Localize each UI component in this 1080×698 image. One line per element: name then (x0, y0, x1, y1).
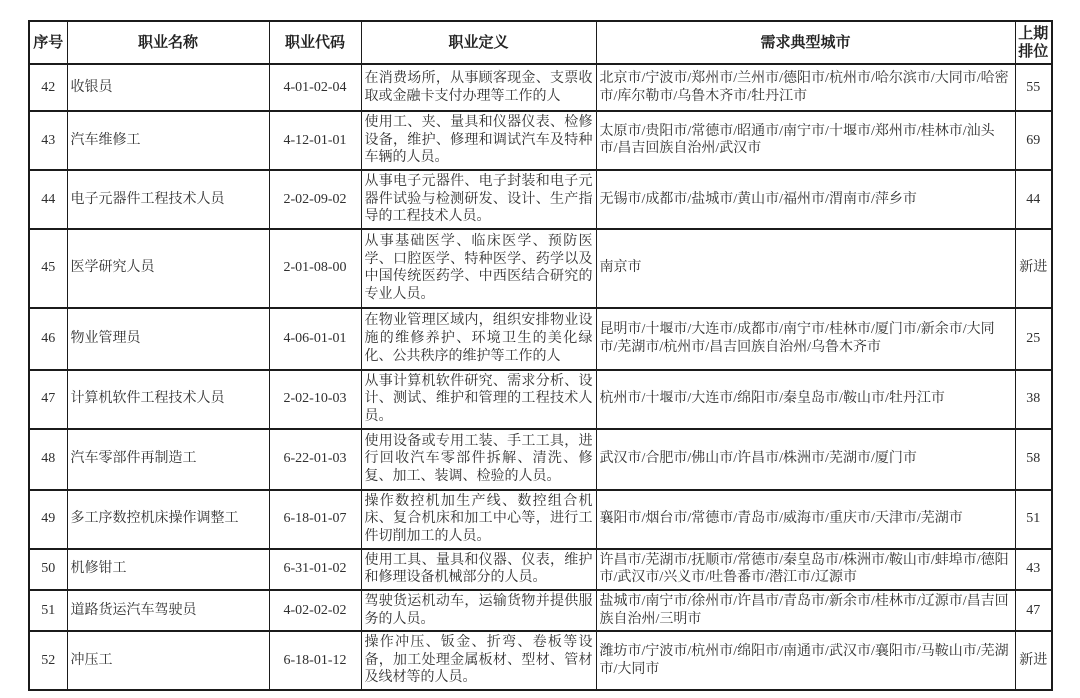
cell-occupation-code: 2-01-08-00 (269, 229, 361, 308)
cell-demand-cities: 昆明市/十堰市/大连市/成都市/南宁市/桂林市/厦门市/新余市/大同市/芜湖市/… (596, 308, 1015, 370)
cell-occupation-code: 6-31-01-02 (269, 549, 361, 590)
table-row: 46 物业管理员 4-06-01-01 在物业管理区域内，组织安排物业设施的维修… (29, 308, 1052, 370)
cell-occupation-code: 4-01-02-04 (269, 64, 361, 111)
cell-previous-rank: 58 (1015, 429, 1052, 490)
cell-demand-cities: 盐城市/南宁市/徐州市/许昌市/青岛市/新余市/桂林市/辽源市/昌吉回族自治州/… (596, 590, 1015, 631)
cell-occupation-name: 汽车零部件再制造工 (67, 429, 269, 490)
cell-previous-rank: 25 (1015, 308, 1052, 370)
table-row: 43 汽车维修工 4-12-01-01 使用工、夹、量具和仪器仪表、检修设备，维… (29, 111, 1052, 170)
cell-demand-cities: 南京市 (596, 229, 1015, 308)
cell-demand-cities: 潍坊市/宁波市/杭州市/绵阳市/南通市/武汉市/襄阳市/马鞍山市/芜湖市/大同市 (596, 631, 1015, 690)
cell-previous-rank: 69 (1015, 111, 1052, 170)
cell-occupation-code: 6-18-01-07 (269, 490, 361, 549)
cell-demand-cities: 太原市/贵阳市/常德市/昭通市/南宁市/十堰市/郑州市/桂林市/汕头市/昌吉回族… (596, 111, 1015, 170)
cell-occupation-definition: 使用设备或专用工装、手工工具，进行回收汽车零部件拆解、清洗、修复、加工、装调、检… (361, 429, 596, 490)
cell-occupation-name: 医学研究人员 (67, 229, 269, 308)
cell-occupation-name: 道路货运汽车驾驶员 (67, 590, 269, 631)
table-row: 45 医学研究人员 2-01-08-00 从事基础医学、临床医学、预防医学、口腔… (29, 229, 1052, 308)
table-row: 52 冲压工 6-18-01-12 操作冲压、钣金、折弯、卷板等设备，加工处理金… (29, 631, 1052, 690)
table-row: 49 多工序数控机床操作调整工 6-18-01-07 操作数控机加生产线、数控组… (29, 490, 1052, 549)
header-row: 序号 职业名称 职业代码 职业定义 需求典型城市 上期排位 (29, 21, 1052, 64)
cell-occupation-definition: 从事计算机软件研究、需求分析、设计、测试、维护和管理的工程技术人员。 (361, 370, 596, 429)
cell-previous-rank: 新进 (1015, 631, 1052, 690)
table-row: 44 电子元器件工程技术人员 2-02-09-02 从事电子元器件、电子封装和电… (29, 170, 1052, 229)
cell-demand-cities: 无锡市/成都市/盐城市/黄山市/福州市/渭南市/萍乡市 (596, 170, 1015, 229)
cell-occupation-definition: 在消费场所，从事顾客现金、支票收取或金融卡支付办理等工作的人 (361, 64, 596, 111)
cell-occupation-code: 4-02-02-02 (269, 590, 361, 631)
cell-demand-cities: 武汉市/合肥市/佛山市/许昌市/株洲市/芜湖市/厦门市 (596, 429, 1015, 490)
cell-occupation-name: 电子元器件工程技术人员 (67, 170, 269, 229)
cell-previous-rank: 38 (1015, 370, 1052, 429)
cell-demand-cities: 许昌市/芜湖市/抚顺市/常德市/秦皇岛市/株洲市/鞍山市/蚌埠市/德阳市/武汉市… (596, 549, 1015, 590)
cell-serial-number: 44 (29, 170, 67, 229)
cell-occupation-code: 6-18-01-12 (269, 631, 361, 690)
table-row: 48 汽车零部件再制造工 6-22-01-03 使用设备或专用工装、手工工具，进… (29, 429, 1052, 490)
cell-occupation-definition: 从事电子元器件、电子封装和电子元器件试验与检测研发、设计、生产指导的工程技术人员… (361, 170, 596, 229)
column-header-occupation-code: 职业代码 (269, 21, 361, 64)
cell-occupation-definition: 操作冲压、钣金、折弯、卷板等设备，加工处理金属板材、型材、管材及线材等的人员。 (361, 631, 596, 690)
table-header: 序号 职业名称 职业代码 职业定义 需求典型城市 上期排位 (29, 21, 1052, 64)
cell-serial-number: 45 (29, 229, 67, 308)
column-header-serial-number: 序号 (29, 21, 67, 64)
cell-previous-rank: 51 (1015, 490, 1052, 549)
table-row: 47 计算机软件工程技术人员 2-02-10-03 从事计算机软件研究、需求分析… (29, 370, 1052, 429)
occupation-ranking-table: 序号 职业名称 职业代码 职业定义 需求典型城市 上期排位 42 收银员 4-0… (28, 20, 1053, 691)
cell-occupation-name: 多工序数控机床操作调整工 (67, 490, 269, 549)
table-row: 42 收银员 4-01-02-04 在消费场所，从事顾客现金、支票收取或金融卡支… (29, 64, 1052, 111)
cell-serial-number: 51 (29, 590, 67, 631)
cell-serial-number: 49 (29, 490, 67, 549)
cell-occupation-code: 2-02-09-02 (269, 170, 361, 229)
table-body: 42 收银员 4-01-02-04 在消费场所，从事顾客现金、支票收取或金融卡支… (29, 64, 1052, 690)
cell-occupation-definition: 使用工、夹、量具和仪器仪表、检修设备，维护、修理和调试汽车及特种车辆的人员。 (361, 111, 596, 170)
cell-occupation-name: 机修钳工 (67, 549, 269, 590)
column-header-occupation-definition: 职业定义 (361, 21, 596, 64)
cell-previous-rank: 44 (1015, 170, 1052, 229)
cell-previous-rank: 43 (1015, 549, 1052, 590)
cell-occupation-name: 计算机软件工程技术人员 (67, 370, 269, 429)
cell-serial-number: 48 (29, 429, 67, 490)
cell-serial-number: 46 (29, 308, 67, 370)
table-row: 50 机修钳工 6-31-01-02 使用工具、量具和仪器、仪表，维护和修理设备… (29, 549, 1052, 590)
cell-occupation-definition: 从事基础医学、临床医学、预防医学、口腔医学、特种医学、药学以及中国传统医药学、中… (361, 229, 596, 308)
cell-demand-cities: 襄阳市/烟台市/常德市/青岛市/威海市/重庆市/天津市/芜湖市 (596, 490, 1015, 549)
cell-serial-number: 50 (29, 549, 67, 590)
column-header-previous-rank: 上期排位 (1015, 21, 1052, 64)
cell-demand-cities: 北京市/宁波市/郑州市/兰州市/德阳市/杭州市/哈尔滨市/大同市/哈密市/库尔勒… (596, 64, 1015, 111)
cell-occupation-name: 冲压工 (67, 631, 269, 690)
column-header-demand-cities: 需求典型城市 (596, 21, 1015, 64)
table-row: 51 道路货运汽车驾驶员 4-02-02-02 驾驶货运机动车，运输货物并提供服… (29, 590, 1052, 631)
cell-previous-rank: 55 (1015, 64, 1052, 111)
column-header-occupation-name: 职业名称 (67, 21, 269, 64)
page: 序号 职业名称 职业代码 职业定义 需求典型城市 上期排位 42 收银员 4-0… (0, 0, 1080, 698)
cell-occupation-definition: 使用工具、量具和仪器、仪表，维护和修理设备机械部分的人员。 (361, 549, 596, 590)
cell-occupation-name: 收银员 (67, 64, 269, 111)
cell-occupation-name: 汽车维修工 (67, 111, 269, 170)
cell-occupation-name: 物业管理员 (67, 308, 269, 370)
cell-demand-cities: 杭州市/十堰市/大连市/绵阳市/秦皇岛市/鞍山市/牡丹江市 (596, 370, 1015, 429)
cell-occupation-code: 4-12-01-01 (269, 111, 361, 170)
cell-occupation-definition: 驾驶货运机动车，运输货物并提供服务的人员。 (361, 590, 596, 631)
cell-occupation-code: 2-02-10-03 (269, 370, 361, 429)
cell-serial-number: 42 (29, 64, 67, 111)
cell-occupation-definition: 在物业管理区域内，组织安排物业设施的维修养护、环境卫生的美化绿化、公共秩序的维护… (361, 308, 596, 370)
cell-previous-rank: 新进 (1015, 229, 1052, 308)
cell-serial-number: 47 (29, 370, 67, 429)
cell-previous-rank: 47 (1015, 590, 1052, 631)
cell-occupation-code: 4-06-01-01 (269, 308, 361, 370)
cell-serial-number: 43 (29, 111, 67, 170)
cell-occupation-code: 6-22-01-03 (269, 429, 361, 490)
cell-occupation-definition: 操作数控机加生产线、数控组合机床、复合机床和加工中心等，进行工件切削加工的人员。 (361, 490, 596, 549)
cell-serial-number: 52 (29, 631, 67, 690)
